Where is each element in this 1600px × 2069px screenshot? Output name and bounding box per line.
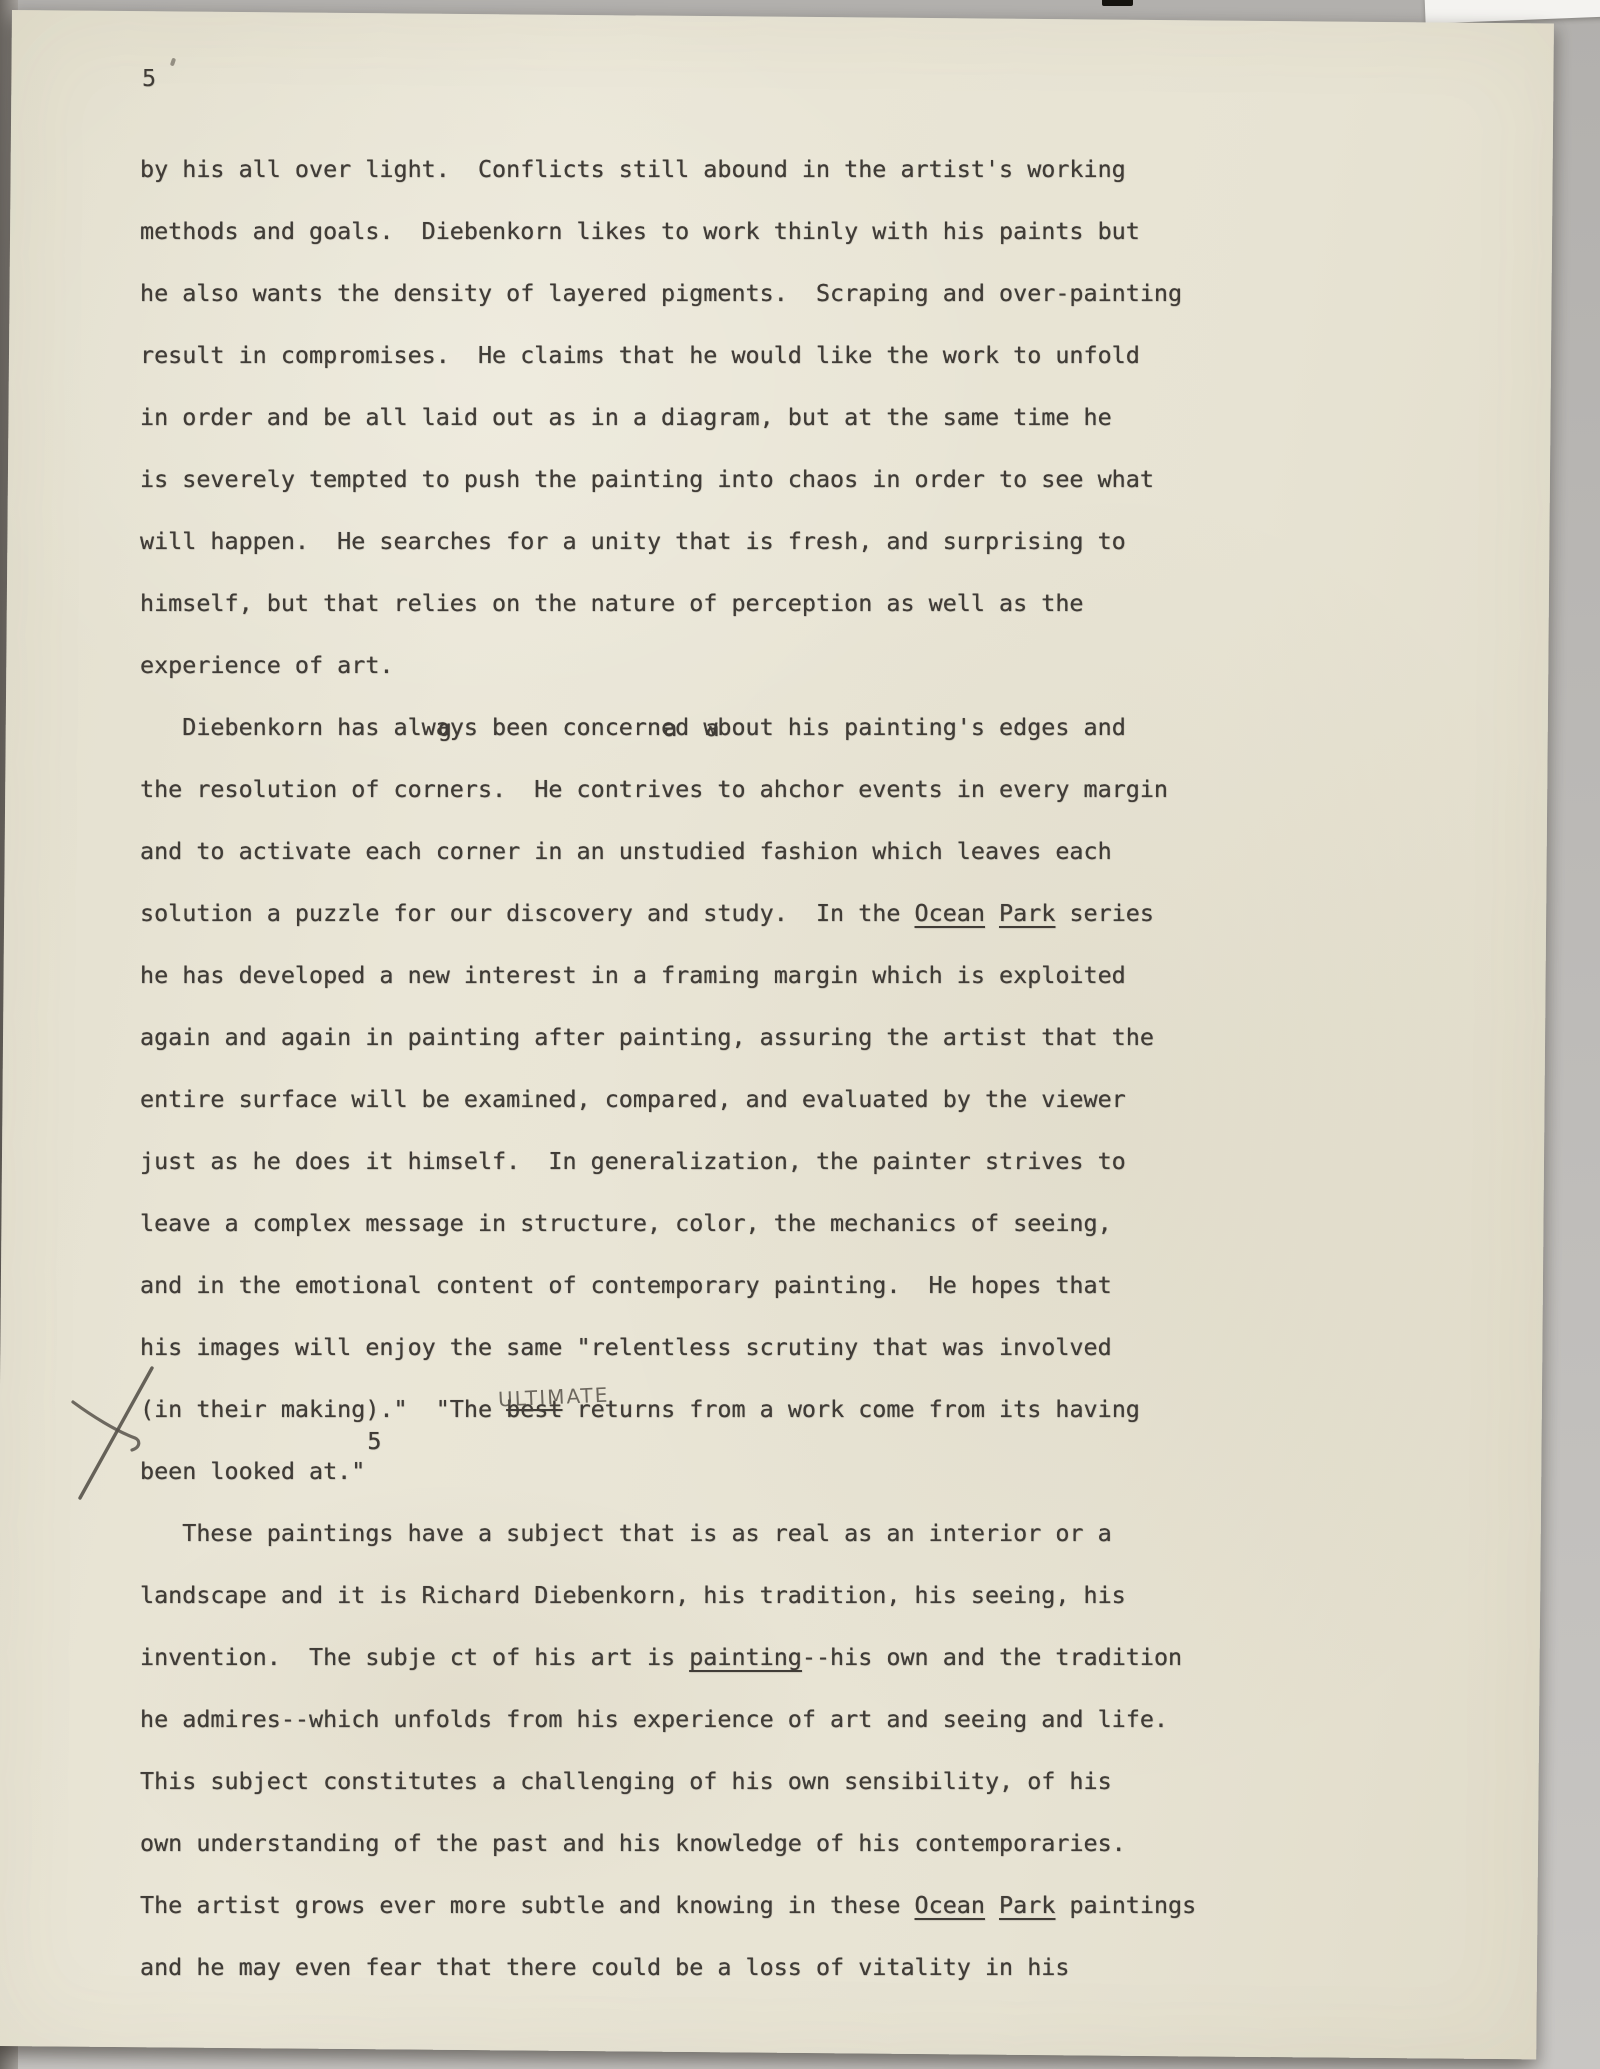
text-segment: d: [675, 713, 703, 741]
text-segment: [985, 1891, 999, 1919]
text-segment: entire surface will be examined, compare…: [140, 1085, 1126, 1113]
text-segment: The artist grows ever more subtle and kn…: [140, 1891, 915, 1919]
text-line: Diebenkorn has alwagys been concernead w…: [140, 696, 1460, 758]
text-segment: Diebenkorn has alw: [140, 713, 436, 741]
footnote-marker: 5: [367, 1427, 381, 1455]
text-segment: by his all over light. Conflicts still a…: [140, 155, 1126, 183]
text-line: just as he does it himself. In generaliz…: [140, 1130, 1460, 1192]
text-segment: solution a puzzle for our discovery and …: [140, 899, 915, 927]
text-line: solution a puzzle for our discovery and …: [140, 882, 1460, 944]
text-segment: This subject constitutes a challenging o…: [140, 1767, 1112, 1795]
text-segment: the resolution of corners. He contrives …: [140, 775, 1168, 803]
text-segment: experience of art.: [140, 651, 393, 679]
text-segment: [985, 899, 999, 927]
edge-black-mark: [1102, 0, 1133, 6]
text-line: own understanding of the past and his kn…: [140, 1812, 1460, 1874]
text-line: the resolution of corners. He contrives …: [140, 758, 1460, 820]
text-line: These paintings have a subject that is a…: [140, 1502, 1460, 1564]
typed-text: by his all over light. Conflicts still a…: [140, 138, 1460, 1998]
text-segment: again and again in painting after painti…: [140, 1023, 1154, 1051]
overstruck-characters: ag: [436, 696, 450, 758]
text-line: and in the emotional content of contempo…: [140, 1254, 1460, 1316]
text-segment: series: [1055, 899, 1154, 927]
overstruck-characters: wa: [703, 696, 717, 758]
photo-background: 5 by his all over light. Conflicts still…: [0, 0, 1600, 2069]
text-segment: own understanding of the past and his kn…: [140, 1829, 1126, 1857]
text-line: been looked at."5: [140, 1440, 1460, 1502]
text-line: invention. The subje ct of his art is pa…: [140, 1626, 1460, 1688]
text-line: again and again in painting after painti…: [140, 1006, 1460, 1068]
text-segment: landscape and it is Richard Diebenkorn, …: [140, 1581, 1126, 1609]
text-segment: paintings: [1055, 1891, 1196, 1919]
text-segment: invention. The subje ct of his art is: [140, 1643, 689, 1671]
adjacent-sheet-corner: [1425, 0, 1600, 24]
margin-x-mark: [40, 1350, 170, 1520]
text-segment: ys been concern: [450, 713, 661, 741]
text-segment: returns from a work come from its having: [563, 1395, 1140, 1423]
text-segment: he also wants the density of layered pig…: [140, 279, 1182, 307]
text-line: experience of art.: [140, 634, 1460, 696]
text-segment: bout his painting's edges and: [717, 713, 1125, 741]
text-line: by his all over light. Conflicts still a…: [140, 138, 1460, 200]
struck-word: bestULTIMATE: [506, 1395, 562, 1423]
text-segment: (in their making)." "The: [140, 1395, 506, 1423]
text-segment: leave a complex message in structure, co…: [140, 1209, 1112, 1237]
text-line: This subject constitutes a challenging o…: [140, 1750, 1460, 1812]
text-line: leave a complex message in structure, co…: [140, 1192, 1460, 1254]
text-line: himself, but that relies on the nature o…: [140, 572, 1460, 634]
text-segment: he admires--which unfolds from his exper…: [140, 1705, 1168, 1733]
underlined-text: Park: [999, 899, 1055, 927]
text-line: and to activate each corner in an unstud…: [140, 820, 1460, 882]
text-segment: will happen. He searches for a unity tha…: [140, 527, 1126, 555]
underlined-text: Park: [999, 1891, 1055, 1919]
pencil-note-ultimate: ULTIMATE: [497, 1364, 611, 1431]
text-segment: is severely tempted to push the painting…: [140, 465, 1154, 493]
text-line: methods and goals. Diebenkorn likes to w…: [140, 200, 1460, 262]
text-line: he admires--which unfolds from his exper…: [140, 1688, 1460, 1750]
text-line: result in compromises. He claims that he…: [140, 324, 1460, 386]
text-line: The artist grows ever more subtle and kn…: [140, 1874, 1460, 1936]
text-segment: he has developed a new interest in a fra…: [140, 961, 1126, 989]
text-segment: --his own and the tradition: [802, 1643, 1182, 1671]
text-line: will happen. He searches for a unity tha…: [140, 510, 1460, 572]
text-segment: and he may even fear that there could be…: [140, 1953, 1069, 1981]
text-line: and he may even fear that there could be…: [140, 1936, 1460, 1998]
text-line: is severely tempted to push the painting…: [140, 448, 1460, 510]
text-line: in order and be all laid out as in a dia…: [140, 386, 1460, 448]
text-segment: result in compromises. He claims that he…: [140, 341, 1140, 369]
text-segment: himself, but that relies on the nature o…: [140, 589, 1084, 617]
text-segment: in order and be all laid out as in a dia…: [140, 403, 1112, 431]
text-line: his images will enjoy the same "relentle…: [140, 1316, 1460, 1378]
text-segment: and in the emotional content of contempo…: [140, 1271, 1112, 1299]
page-number: 5: [142, 64, 156, 92]
text-segment: and to activate each corner in an unstud…: [140, 837, 1112, 865]
text-segment: just as he does it himself. In generaliz…: [140, 1147, 1126, 1175]
text-line: entire surface will be examined, compare…: [140, 1068, 1460, 1130]
overstruck-characters: ea: [661, 696, 675, 758]
text-segment: methods and goals. Diebenkorn likes to w…: [140, 217, 1140, 245]
underlined-text: painting: [689, 1643, 802, 1671]
text-line: he also wants the density of layered pig…: [140, 262, 1460, 324]
text-line: landscape and it is Richard Diebenkorn, …: [140, 1564, 1460, 1626]
underlined-text: Ocean: [915, 1891, 985, 1919]
underlined-text: Ocean: [915, 899, 985, 927]
text-segment: his images will enjoy the same "relentle…: [140, 1333, 1112, 1361]
text-line: he has developed a new interest in a fra…: [140, 944, 1460, 1006]
text-segment: been looked at.": [140, 1457, 365, 1485]
text-line: (in their making)." "The bestULTIMATE re…: [140, 1378, 1460, 1440]
text-segment: These paintings have a subject that is a…: [140, 1519, 1112, 1547]
